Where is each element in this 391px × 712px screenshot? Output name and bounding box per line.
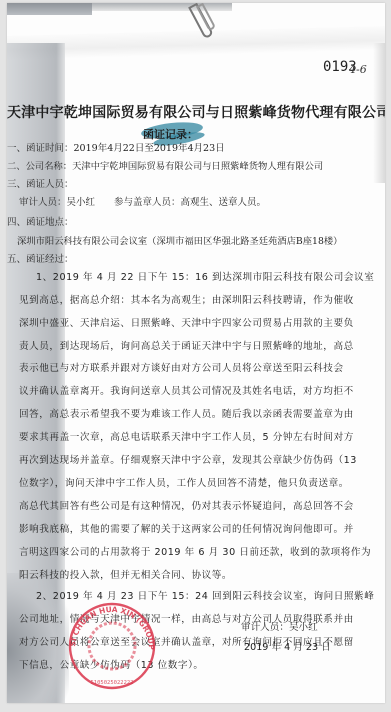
field-company-name: 二、公司名称：天津中宇乾坤国际贸易有限公司与日照紫峰货物人理有限公司 — [7, 158, 323, 172]
field-location-value: 深圳市阳云科技有限公司会议室（深圳市福田区华强北路圣廷苑酒店B座18楼） — [17, 233, 342, 247]
text-line: 责人员，到达现场后，询问高总关于函证天津中宇与日照紫峰的地址，高总 — [19, 338, 354, 352]
text-line: 见到高总，据高总介绍：其本名为高观生；由深圳阳云科技聘请，作为催收 — [19, 292, 354, 306]
field-confirmation-location: 四、函证地点： — [7, 214, 74, 228]
text-line: 1、2019 年 4 月 22 日下午 15：16 到达深圳市阳云科技有限公司会… — [36, 269, 374, 283]
scanned-document-page: 0193 4-6 天津中宇乾坤国际贸易有限公司与日照紫峰货物代理有限公司 函证记… — [7, 3, 385, 703]
paperclip-icon — [193, 3, 215, 39]
text-line: 影响我底稿，其他的需要了解的关于这两家公司的任何情况询问他即可。并 — [19, 521, 354, 535]
field-auditor: 审计人员：吴小红 — [19, 194, 95, 208]
text-line: 深圳中盛亚、天津启运、日照紫峰、天津中宇四家公司贸易占用款的主要负 — [19, 315, 354, 329]
svg-text:5105025022222: 5105025022222 — [90, 680, 133, 686]
field-stamping-staff: 参与盖章人员：高观生、送章人员。 — [114, 194, 266, 208]
signature-date: 2019 年 4 月 23 日 — [244, 639, 331, 653]
auditor-signature: 审计人员：吴小红 — [241, 619, 318, 633]
text-line: 言明这四家公司的占用款将于 2019 年 6 月 30 日前还款，收到的款项将作… — [19, 544, 371, 558]
scan-shadow-top — [7, 3, 92, 15]
text-line: 回答，高总表示希望我不要为难该工作人员。随后我以亲函表需要盖章为由 — [19, 406, 354, 420]
document-title: 天津中宇乾坤国际贸易有限公司与日照紫峰货物代理有限公司 — [7, 102, 385, 122]
text-line: 表示他已与对方联系并跟对方谈好由对方公司人员将公章送至阳云科技会 — [19, 360, 344, 374]
field-confirmation-staff: 三、函证人员： — [7, 176, 74, 190]
text-line: 要求其再盖一次章，高总电话联系天津中宇工作人员，5 分钟左右时间对方 — [19, 429, 354, 443]
text-line: 位数字），询问天津中宇工作人员，工作人员回答不清楚，他只负责送章。 — [19, 475, 349, 489]
svg-text:SI CHUAN HUA XIN (GROUP) CPA (: SI CHUAN HUA XIN (GROUP) CPA (LLP) — [63, 599, 156, 651]
handwritten-note: 4-6 — [349, 63, 367, 76]
text-line: 再次到达现场并盖章。仔细观察天津中宇公章，发现其公章缺少仿伪码（13 — [19, 452, 357, 466]
field-confirmation-time: 一、函证时间：2019年4月22日至2019年4月23日 — [7, 140, 225, 154]
text-line: 议并确认盖章离开。我询问送章人员其公司情况及其姓名电话，对方均拒不 — [19, 383, 354, 397]
company-seal-stamp: SI CHUAN HUA XIN (GROUP) CPA (LLP) 51050… — [63, 599, 161, 691]
text-line: 阳云科技的投入款，但并无相关合同、协议等。 — [19, 567, 232, 581]
field-confirmation-process: 五、函证经过： — [7, 251, 74, 265]
text-line: 高总代其回答有些公司是有这种情况，仍对其表示怀疑追问，高总回答不会 — [19, 498, 354, 512]
